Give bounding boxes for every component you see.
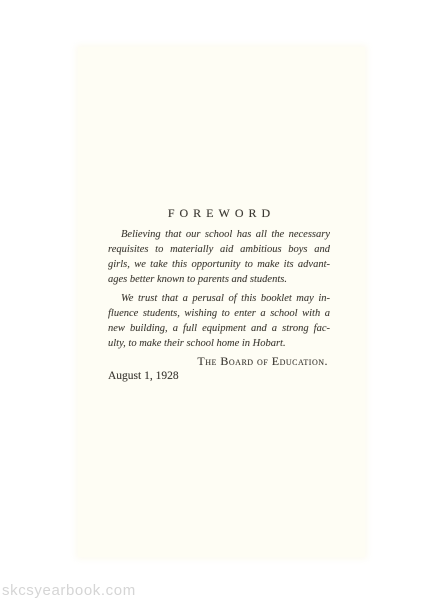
paragraph-line: ulty, to make their school home in Hobar… bbox=[108, 336, 330, 351]
paragraph-line: Believing that our school has all the ne… bbox=[108, 227, 330, 242]
paragraph-line: ages better known to parents and student… bbox=[108, 272, 330, 287]
paragraph-line: fluence students, wishing to enter a sch… bbox=[108, 306, 330, 321]
paragraph-line: girls, we take this opportunity to make … bbox=[108, 257, 330, 272]
foreword-paragraph-2: We trust that a perusal of this booklet … bbox=[108, 291, 330, 351]
scanned-image-canvas: FOREWORD Believing that our school has a… bbox=[0, 0, 440, 600]
yearbook-page: FOREWORD Believing that our school has a… bbox=[78, 47, 365, 557]
site-watermark: skcsyearbook.com bbox=[2, 582, 136, 599]
signature-board-of-education: The Board of Education. bbox=[108, 354, 330, 369]
paragraph-line: We trust that a perusal of this booklet … bbox=[108, 291, 330, 306]
paragraph-line: requisites to materially aid ambitious b… bbox=[108, 242, 330, 257]
date-text: August 1, 1928 bbox=[108, 369, 330, 384]
paragraph-line: new building, a full equipment and a str… bbox=[108, 321, 330, 336]
foreword-text-block: FOREWORD Believing that our school has a… bbox=[108, 47, 330, 384]
foreword-heading: FOREWORD bbox=[108, 206, 330, 221]
foreword-paragraph-1: Believing that our school has all the ne… bbox=[108, 227, 330, 287]
